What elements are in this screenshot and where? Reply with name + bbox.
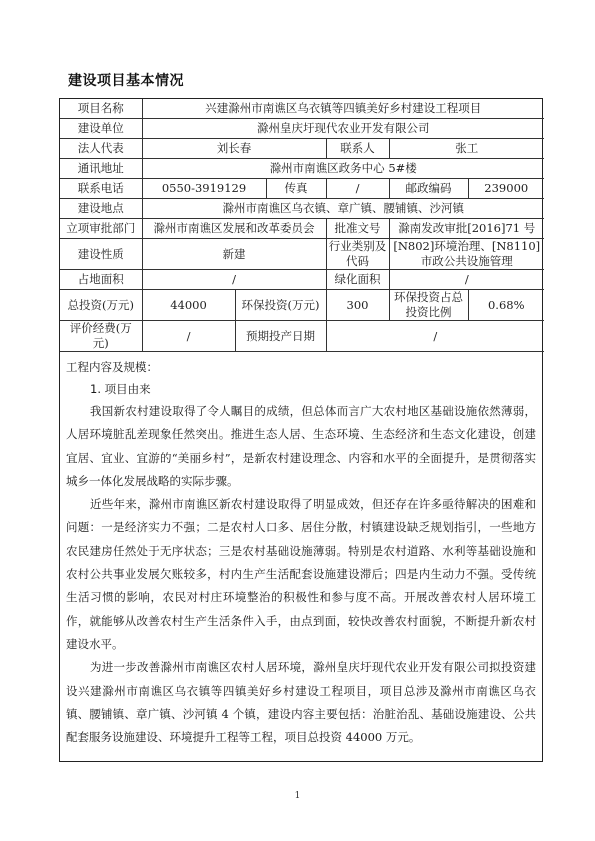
section-title: 工程内容及规模： <box>66 356 536 378</box>
zip-value: 239000 <box>468 179 544 199</box>
table-row: 建设地点 滁州市南谯区乌衣镇、章广镇、腰铺镇、沙河镇 <box>60 199 544 219</box>
fax-label: 传真 <box>266 179 326 199</box>
table-row: 评价经费(万元) / 预期投产日期 / <box>60 321 544 352</box>
contact-value: 张工 <box>389 139 544 159</box>
project-name-value: 兴建滁州市南谯区乌衣镇等四镇美好乡村建设工程项目 <box>142 99 544 119</box>
table-row: 法人代表 刘长春 联系人 张工 <box>60 139 544 159</box>
approval-dept-value: 滁州市南谯区发展和改革委员会 <box>142 219 326 239</box>
eval-cost-label: 评价经费(万元) <box>60 321 142 352</box>
subsection-title: 1. 项目由来 <box>66 378 536 400</box>
table-row: 通讯地址 滁州市南谯区政务中心 5#楼 <box>60 159 544 179</box>
env-investment-label: 环保投资(万元) <box>235 290 326 321</box>
page-number: 1 <box>0 791 595 801</box>
approval-doc-label: 批准文号 <box>326 219 389 239</box>
unit-value: 滁州皇庆圩现代农业开发有限公司 <box>142 119 544 139</box>
green-area-value: / <box>389 270 544 290</box>
unit-label: 建设单位 <box>60 119 142 139</box>
legal-rep-value: 刘长春 <box>142 139 326 159</box>
project-content-section: 工程内容及规模： 1. 项目由来 我国新农村建设取得了令人瞩目的成绩，但总体而言… <box>60 352 542 749</box>
table-row: 项目名称 兴建滁州市南谯区乌衣镇等四镇美好乡村建设工程项目 <box>60 99 544 119</box>
paragraph: 近些年来，滁州市南谯区新农村建设取得了明显成效，但还存在许多亟待解决的困难和问题… <box>66 493 536 656</box>
zip-label: 邮政编码 <box>389 179 468 199</box>
legal-rep-label: 法人代表 <box>60 139 142 159</box>
paragraph: 我国新农村建设取得了令人瞩目的成绩，但总体而言广大农村地区基础设施依然薄弱，人居… <box>66 400 536 493</box>
contact-label: 联系人 <box>326 139 389 159</box>
investment-label: 总投资(万元) <box>60 290 142 321</box>
location-value: 滁州市南谯区乌衣镇、章广镇、腰铺镇、沙河镇 <box>142 199 544 219</box>
fax-value: / <box>326 179 389 199</box>
area-label: 占地面积 <box>60 270 142 290</box>
project-info-form: 项目名称 兴建滁州市南谯区乌衣镇等四镇美好乡村建设工程项目 建设单位 滁州皇庆圩… <box>59 98 543 762</box>
nature-label: 建设性质 <box>60 239 142 270</box>
env-investment-value: 300 <box>326 290 389 321</box>
paragraph: 为进一步改善滁州市南谯区农村人居环境，滁州皇庆圩现代农业开发有限公司拟投资建设兴… <box>66 656 536 749</box>
table-row: 总投资(万元) 44000 环保投资(万元) 300 环保投资占总投资比例 0.… <box>60 290 544 321</box>
table-row: 立项审批部门 滁州市南谯区发展和改革委员会 批准文号 滁南发改审批[2016]7… <box>60 219 544 239</box>
table-row: 占地面积 / 绿化面积 / <box>60 270 544 290</box>
address-value: 滁州市南谯区政务中心 5#楼 <box>142 159 544 179</box>
industry-value: [N802]环境治理、[N8110]市政公共设施管理 <box>389 239 544 270</box>
green-area-label: 绿化面积 <box>326 270 389 290</box>
location-label: 建设地点 <box>60 199 142 219</box>
investment-value: 44000 <box>142 290 235 321</box>
approval-dept-label: 立项审批部门 <box>60 219 142 239</box>
table-row: 建设性质 新建 行业类别及代码 [N802]环境治理、[N8110]市政公共设施… <box>60 239 544 270</box>
address-label: 通讯地址 <box>60 159 142 179</box>
env-ratio-value: 0.68% <box>468 290 544 321</box>
area-value: / <box>142 270 326 290</box>
project-name-label: 项目名称 <box>60 99 142 119</box>
production-date-value: / <box>326 321 544 352</box>
approval-doc-value: 滁南发改审批[2016]71 号 <box>389 219 544 239</box>
production-date-label: 预期投产日期 <box>235 321 326 352</box>
table-row: 建设单位 滁州皇庆圩现代农业开发有限公司 <box>60 119 544 139</box>
page-title: 建设项目基本情况 <box>68 70 184 90</box>
env-ratio-label: 环保投资占总投资比例 <box>389 290 468 321</box>
basic-info-table: 项目名称 兴建滁州市南谯区乌衣镇等四镇美好乡村建设工程项目 建设单位 滁州皇庆圩… <box>60 99 544 352</box>
phone-label: 联系电话 <box>60 179 142 199</box>
eval-cost-value: / <box>142 321 235 352</box>
table-row: 联系电话 0550-3919129 传真 / 邮政编码 239000 <box>60 179 544 199</box>
nature-value: 新建 <box>142 239 326 270</box>
industry-label: 行业类别及代码 <box>326 239 389 270</box>
phone-value: 0550-3919129 <box>142 179 266 199</box>
